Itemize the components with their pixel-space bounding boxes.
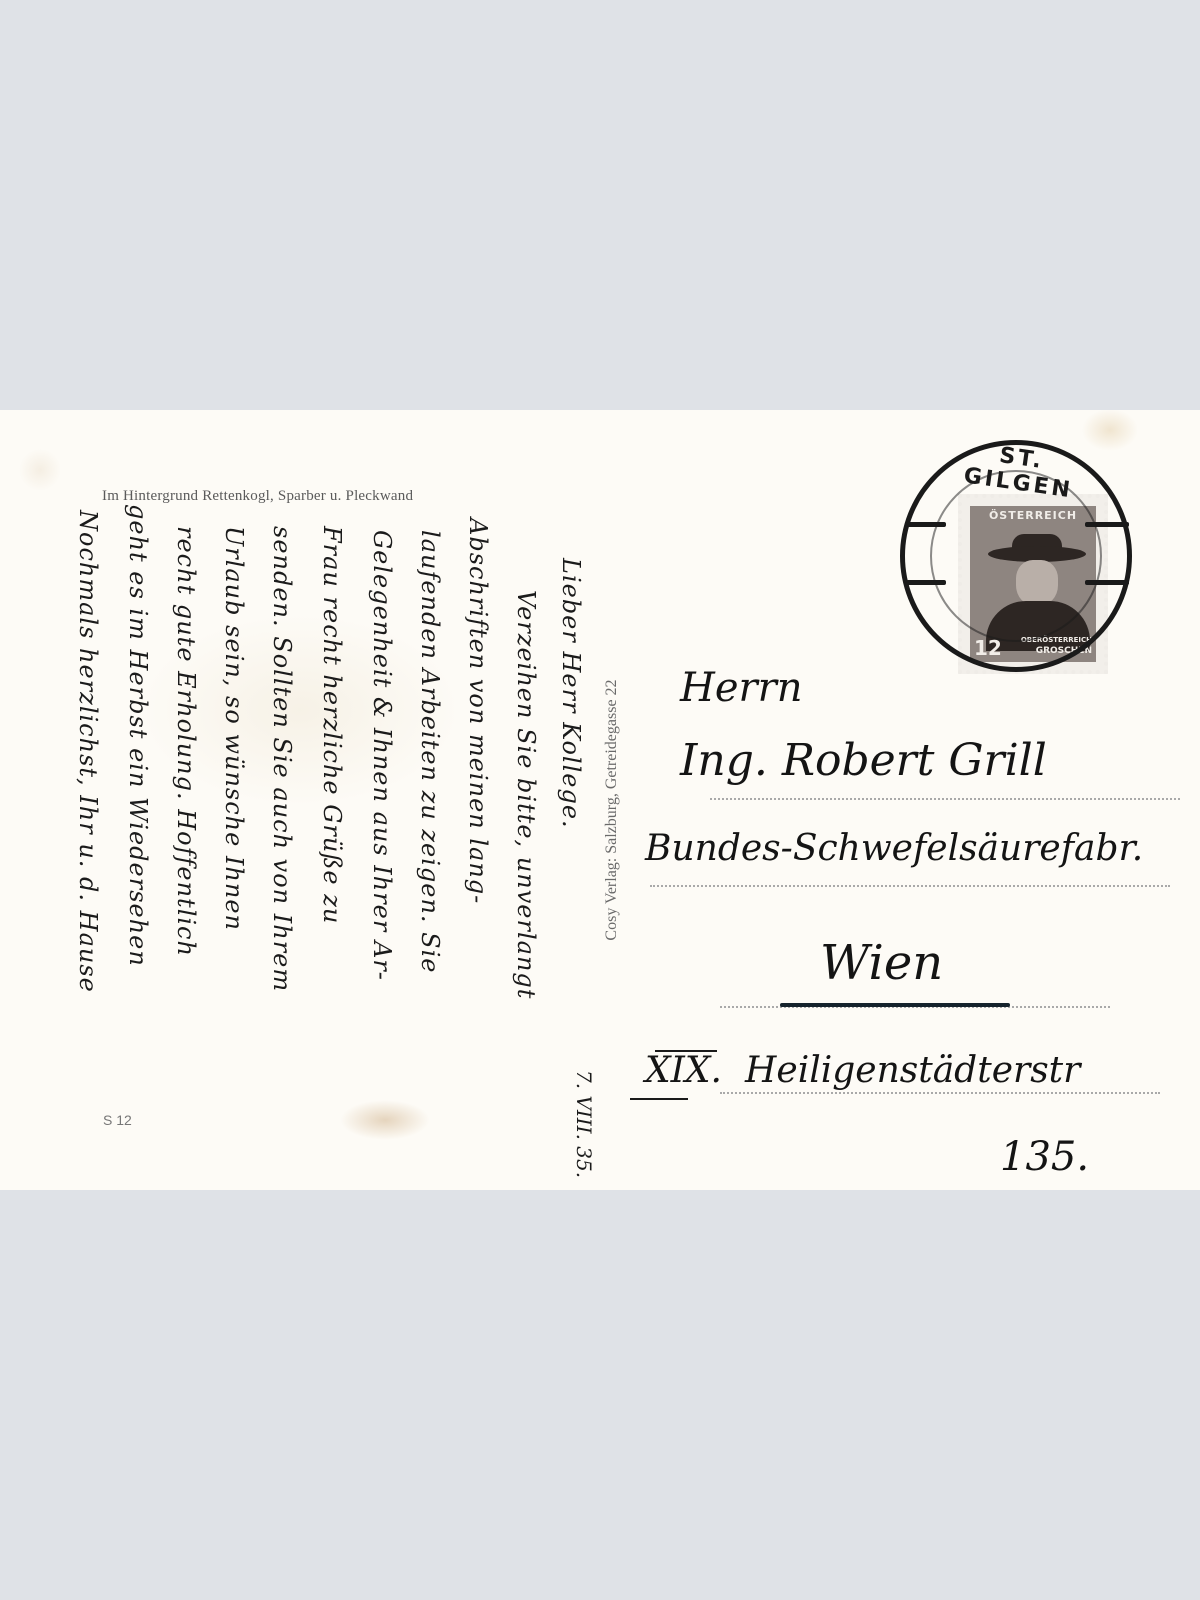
address-number: 135. (1000, 1134, 1089, 1180)
message-line: geht es im Herbst ein Wiedersehen (124, 504, 152, 967)
message-line: Nochmals herzlichst, Ihr u. d. Hause (74, 510, 102, 993)
address-dotted-line (720, 1092, 1160, 1094)
postmark-bar (1085, 522, 1129, 527)
handwritten-message: Lieber Herr Kollege. Verzeihen Sie bitte… (0, 490, 600, 1190)
postmark-bar (1085, 580, 1129, 585)
address-dotted-line (650, 885, 1170, 887)
message-line: Urlaub sein, so wünsche Ihnen (220, 526, 248, 931)
postcard-back: Im Hintergrund Rettenkogl, Sparber u. Pl… (0, 410, 1200, 1190)
message-line: laufenden Arbeiten zu zeigen. Sie (416, 530, 444, 973)
message-line: Abschriften von meinen lang- (464, 518, 492, 904)
message-line: Gelegenheit & Ihnen aus Ihrer Ar- (368, 530, 396, 981)
message-line: Frau recht herzliche Grüße zu (318, 526, 346, 924)
city-underline (780, 1003, 1010, 1007)
district-underline (630, 1098, 688, 1100)
message-line: recht gute Erholung. Hoffentlich (172, 526, 200, 957)
stamp-area: ÖSTERREICH OBERÖSTERREICH 12 GROSCHEN ST… (900, 440, 1150, 690)
postmark-bar (906, 580, 946, 585)
message-line: Verzeihen Sie bitte, unverlangt (512, 590, 540, 999)
address-district: XIX. (645, 1050, 722, 1091)
address-organization: Bundes-Schwefelsäurefabr. (645, 828, 1143, 869)
message-line: senden. Sollten Sie auch von Ihrem (268, 526, 296, 992)
address-salutation: Herrn (680, 665, 803, 711)
document-viewer: Im Hintergrund Rettenkogl, Sparber u. Pl… (0, 0, 1200, 1600)
handwritten-date: 7. VIII. 35. (572, 1070, 596, 1178)
address-name: Ing. Robert Grill (680, 735, 1047, 786)
publisher-imprint: Cosy Verlag: Salzburg, Getreidegasse 22 (603, 679, 621, 940)
postmark-bar (906, 522, 946, 527)
message-line: Lieber Herr Kollege. (557, 558, 585, 829)
address-street: Heiligenstädterstr (745, 1050, 1080, 1091)
address-dotted-line (710, 798, 1180, 800)
address-city: Wien (820, 935, 943, 991)
